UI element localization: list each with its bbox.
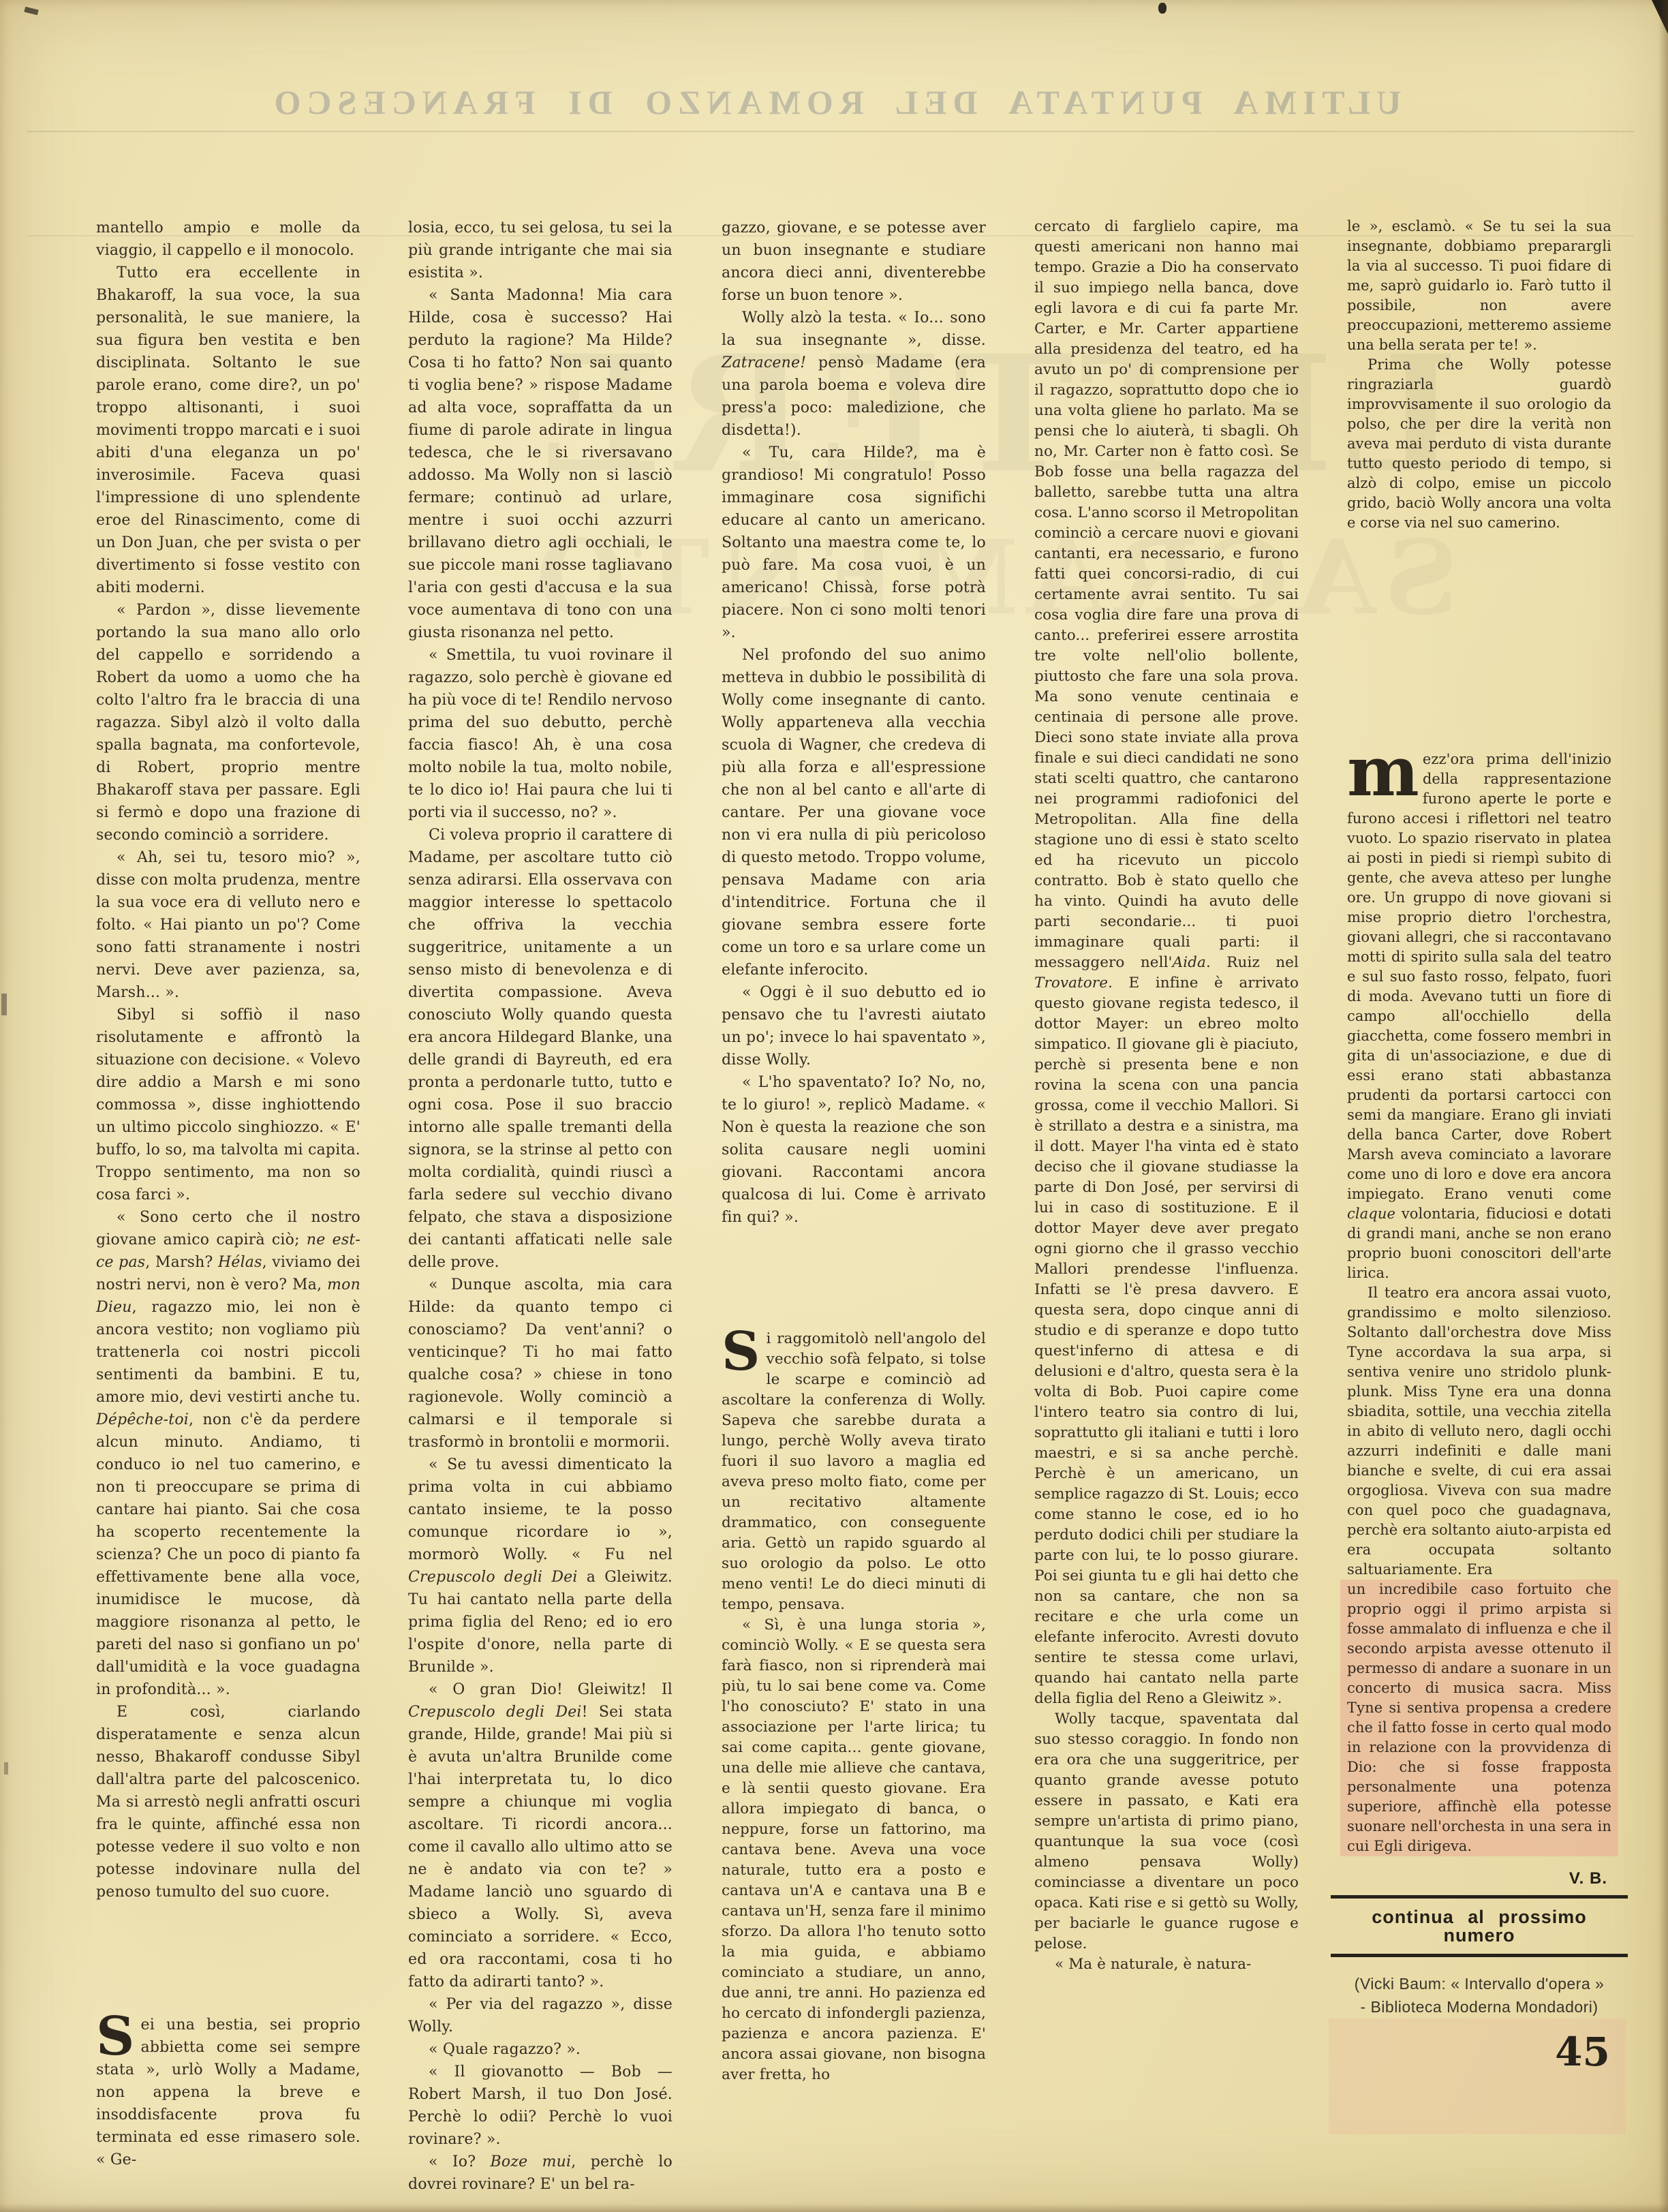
text-column-5: le », esclamò. « Se tu sei la sua insegn… — [1347, 217, 1611, 533]
text-column-2: losia, ecco, tu sei gelosa, tu sei la pi… — [408, 217, 673, 2196]
paragraph: ei una bestia, sei proprio abbietta come… — [96, 2014, 360, 2171]
page-edge-shadow — [1658, 0, 1668, 2212]
paragraph: « Tu, cara Hilde?, ma è grandioso! Mi co… — [722, 442, 986, 644]
column-section-dropcap: S i raggomitolò nell'angolo del vecchio … — [722, 1329, 986, 2085]
footer-credit-line-1: (Vicki Baum: « Intervallo d'opera » — [1331, 1972, 1628, 1995]
paper-speck — [4, 1762, 8, 1775]
page-edge-shadow — [0, 2204, 1668, 2212]
text-column-1: mantello ampio e molle da viaggio, il ca… — [96, 217, 360, 1903]
column-section-dropcap: S ei una bestia, sei proprio abbietta co… — [96, 2014, 360, 2171]
paragraph: « Io? Boze mui, perchè lo dovrei rovinar… — [408, 2151, 673, 2196]
paragraph: « Smettila, tu vuoi rovinare il ragazzo,… — [408, 644, 673, 824]
column-section: le », esclamò. « Se tu sei la sua insegn… — [1347, 217, 1611, 533]
paragraph: cercato di farglielo capire, ma questi a… — [1034, 217, 1299, 1709]
magazine-page-scan: ULTIMA PUNTATA DEL ROMANZO DI FRANCESCO … — [0, 0, 1668, 2212]
paragraph: i raggomitolò nell'angolo del vecchio so… — [722, 1329, 986, 1615]
column-section: mantello ampio e molle da viaggio, il ca… — [96, 217, 360, 1903]
paragraph: « Ah, sei tu, tesoro mio? », disse con m… — [96, 846, 360, 1004]
column-section: ei una bestia, sei proprio abbietta come… — [96, 2014, 360, 2171]
footer-continues-label: continua al prossimo numero — [1331, 1899, 1628, 1954]
footer-rule-bottom — [1331, 1954, 1628, 1957]
column-section: i raggomitolò nell'angolo del vecchio so… — [722, 1329, 986, 2085]
dropcap-S: S — [722, 1332, 760, 1372]
column-section: losia, ecco, tu sei gelosa, tu sei la pi… — [408, 217, 673, 2196]
paragraph: losia, ecco, tu sei gelosa, tu sei la pi… — [408, 217, 673, 284]
paragraph: gazzo, giovane, e se potesse aver un buo… — [722, 217, 986, 307]
paragraph: un incredibile caso fortuito che proprio… — [1347, 1580, 1611, 1856]
text-column-3: gazzo, giovane, e se potesse aver un buo… — [722, 217, 986, 1229]
paragraph: « Quale ragazzo? ». — [408, 2038, 673, 2061]
paragraph: « Dunque ascolta, mia cara Hilde: da qua… — [408, 1274, 673, 1454]
paragraph: ezz'ora prima dell'inizio della rapprese… — [1347, 750, 1611, 1283]
paragraph: « Pardon », disse lievemente portando la… — [96, 599, 360, 846]
paragraph: « Santa Madonna! Mia cara Hilde, cosa è … — [408, 284, 673, 644]
paper-speck — [24, 7, 38, 16]
footer-continuation-block: continua al prossimo numero (Vicki Baum:… — [1331, 1895, 1628, 2018]
paragraph: mantello ampio e molle da viaggio, il ca… — [96, 217, 360, 262]
paragraph: Nel profondo del suo animo metteva in du… — [722, 644, 986, 981]
paragraph: Wolly alzò la testa. « Io... sono la sua… — [722, 307, 986, 442]
dropcap-S: S — [96, 2017, 135, 2057]
paper-speck — [1, 994, 7, 1015]
column-section-dropcap: m ezz'ora prima dell'inizio della rappre… — [1347, 750, 1611, 2072]
ghost-rule — [27, 131, 1634, 132]
paragraph: Ci voleva proprio il carattere di Madame… — [408, 824, 673, 1274]
paragraph: « Ma è naturale, è natura- — [1034, 1954, 1299, 1975]
paragraph: Tutto era eccellente in Bhakaroff, la su… — [96, 262, 360, 599]
column-section: ezz'ora prima dell'inizio della rapprese… — [1347, 750, 1611, 1856]
dropcap-m: m — [1347, 752, 1417, 790]
paragraph: E così, ciarlando disperatamente e senza… — [96, 1701, 360, 1903]
ghost-title-word: LETTERE — [559, 320, 1458, 508]
paragraph: « Se tu avessi dimenticato la prima volt… — [408, 1454, 673, 1678]
footer-credit-line-2: - Biblioteca Moderna Mondadori) — [1331, 1995, 1628, 2018]
paragraph: « L'ho spaventato? Io? No, no, te lo giu… — [722, 1071, 986, 1229]
paragraph: « Sono certo che il nostro giovane amico… — [96, 1206, 360, 1701]
paragraph: Wolly tacque, spaventata dal suo stesso … — [1034, 1709, 1299, 1954]
column-section: gazzo, giovane, e se potesse aver un buo… — [722, 217, 986, 1229]
paragraph: le », esclamò. « Se tu sei la sua insegn… — [1347, 217, 1611, 355]
paragraph: « Sì, è una lunga storia », cominciò Wol… — [722, 1615, 986, 2085]
footer-signature: V. B. — [1347, 1869, 1607, 1888]
paper-speck — [1158, 3, 1167, 14]
paragraph: Prima che Wolly potesse ringraziarla gua… — [1347, 355, 1611, 533]
paragraph: « Per via del ragazzo », disse Wolly. — [408, 1993, 673, 2038]
paragraph: « Oggi è il suo debutto ed io pensavo ch… — [722, 981, 986, 1071]
ghost-header-strip: ULTIMA PUNTATA DEL ROMANZO DI FRANCESCO — [116, 80, 1554, 124]
ghost-title-word: SACRAMENTO — [559, 518, 1458, 638]
paragraph: Il teatro era ancora assai vuoto, grandi… — [1347, 1283, 1611, 1580]
footer-credit: (Vicki Baum: « Intervallo d'opera » - Bi… — [1331, 1972, 1628, 2018]
column-section: cercato di farglielo capire, ma questi a… — [1034, 217, 1299, 1975]
paragraph: « Il giovanotto — Bob — Robert Marsh, il… — [408, 2061, 673, 2151]
paragraph: Sibyl si soffiò il naso risolutamente e … — [96, 1004, 360, 1206]
text-column-4: cercato di farglielo capire, ma questi a… — [1034, 217, 1299, 1975]
page-number: 45 — [1347, 2032, 1611, 2072]
paragraph: « O gran Dio! Gleiwitz! Il Crepuscolo de… — [408, 1678, 673, 1993]
